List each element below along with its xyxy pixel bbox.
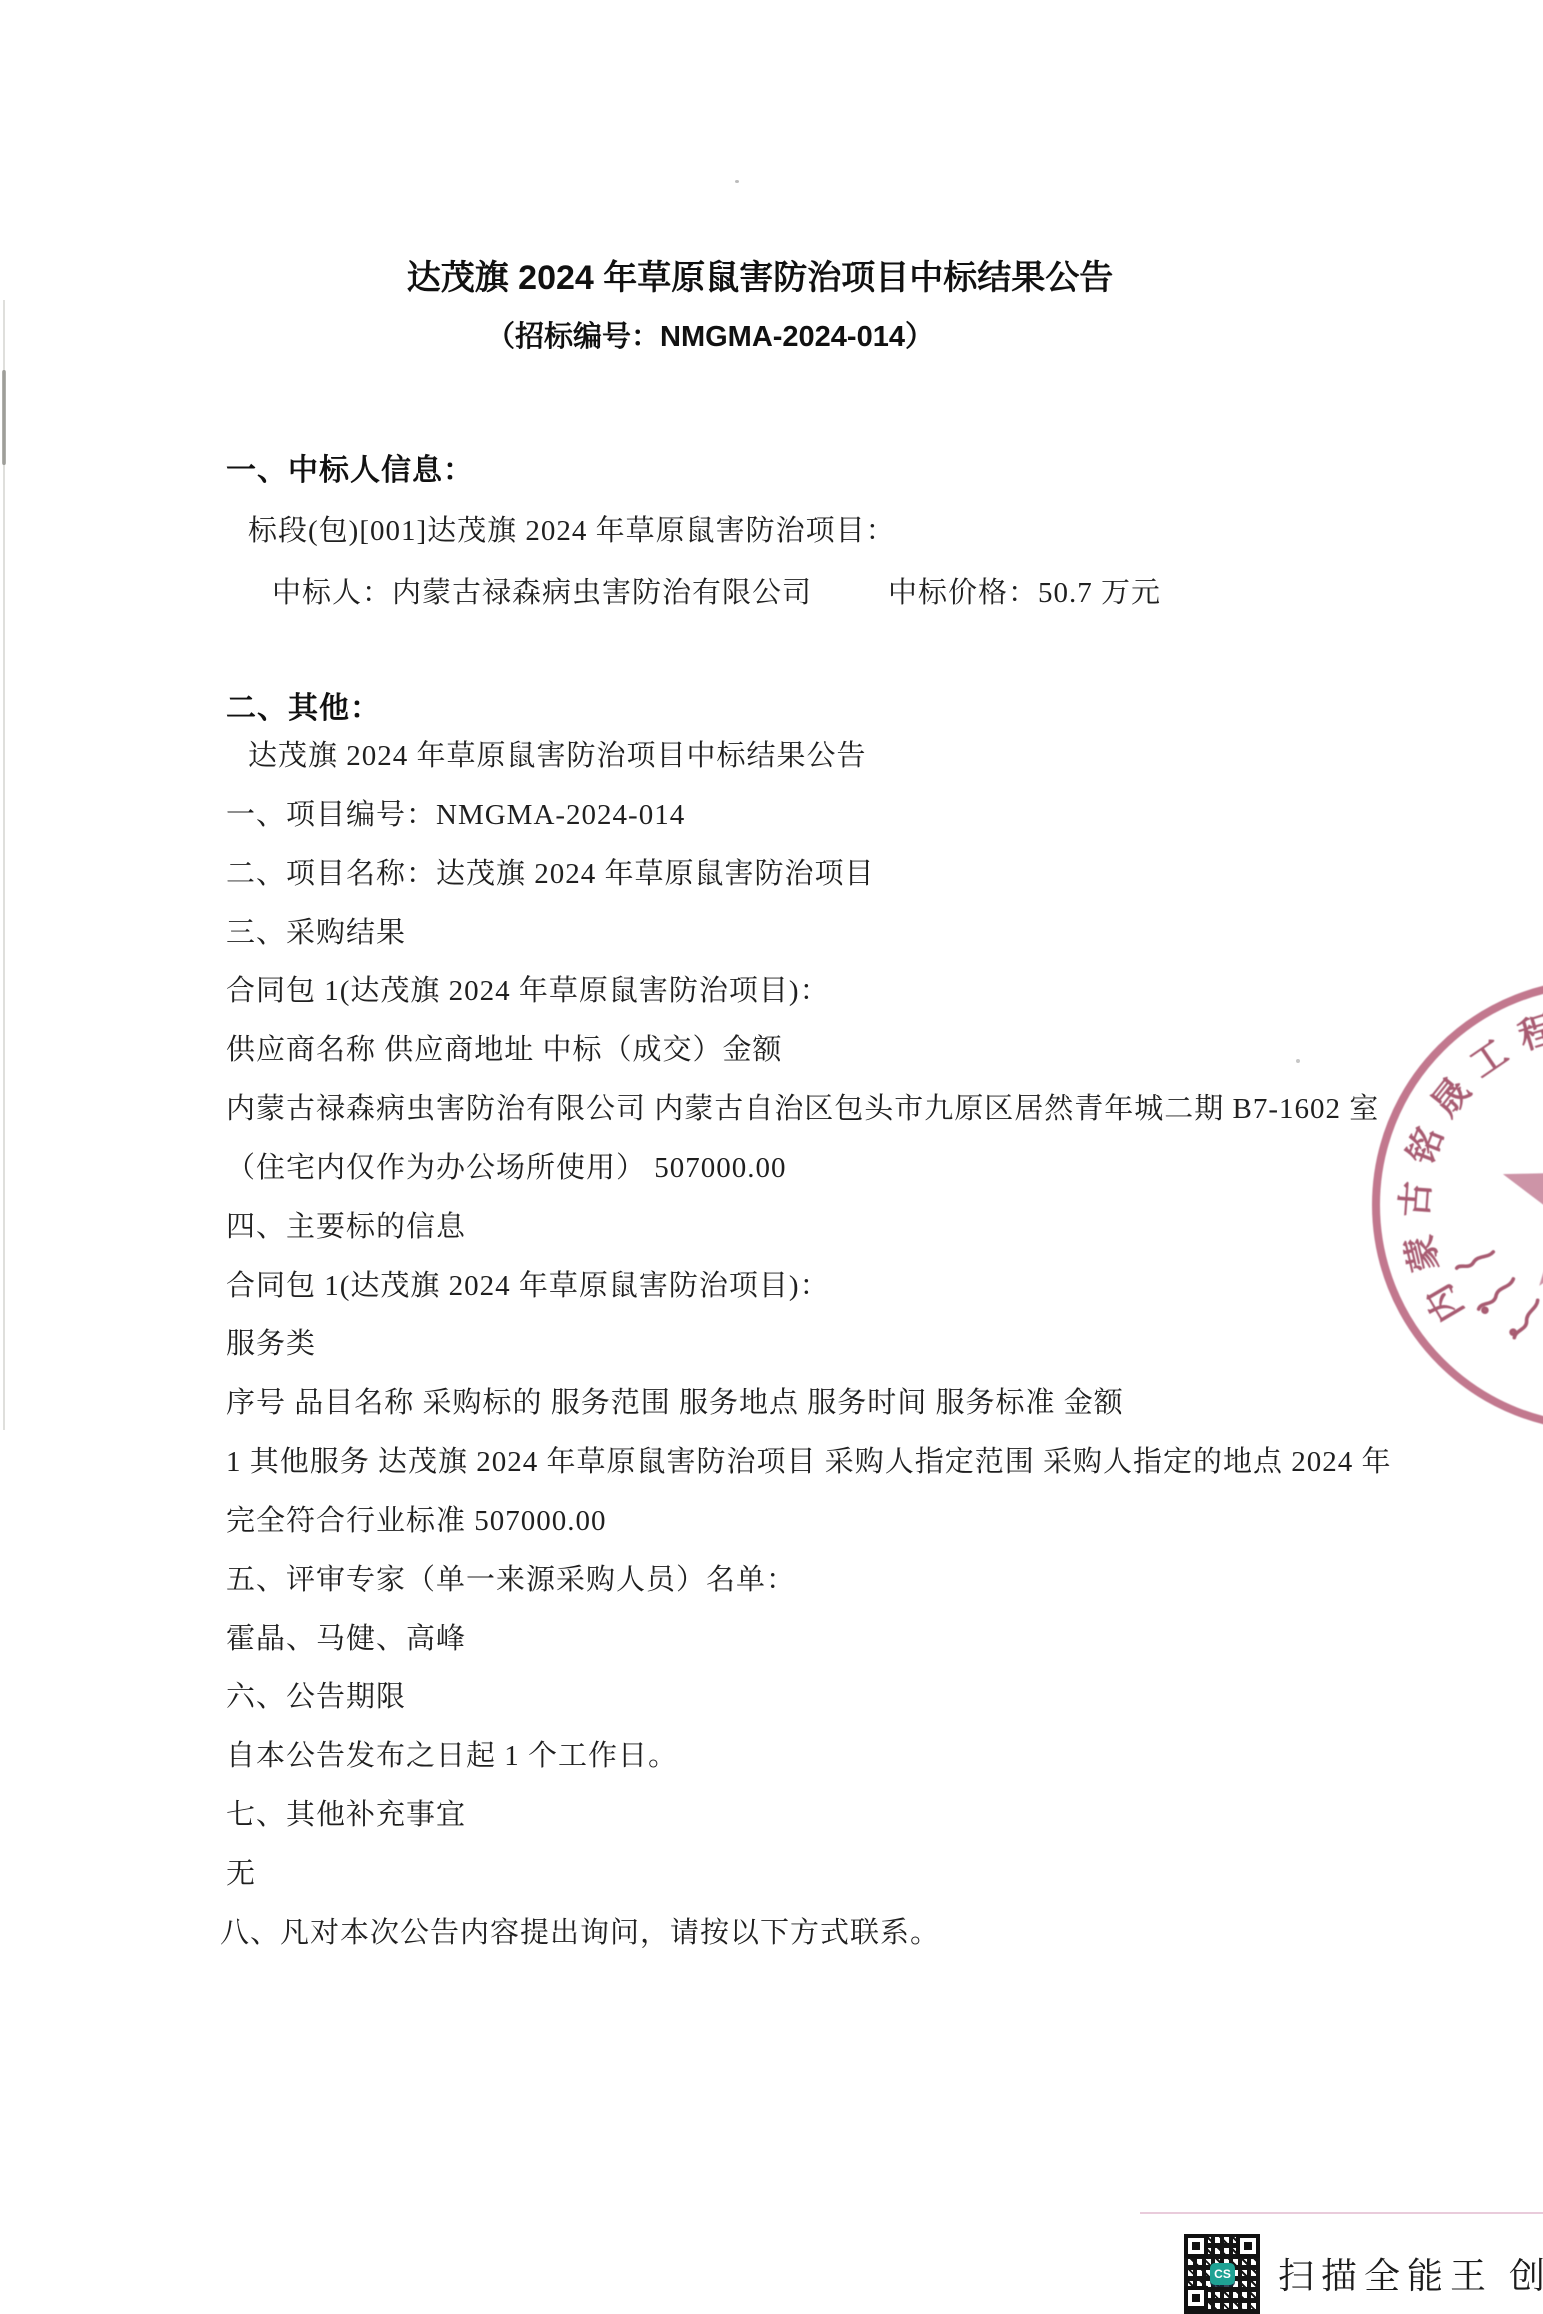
body-line: 一、项目编号：NMGMA-2024-014 — [226, 794, 685, 836]
body-line: 霍晶、马健、高峰 — [226, 1618, 466, 1660]
body-line: 合同包 1(达茂旗 2024 年草原鼠害防治项目)： — [226, 1265, 830, 1307]
svg-text:内蒙古铭晟工程项目管理有限公司: 内蒙古铭晟工程项目管理有限公司 — [1395, 1003, 1543, 1329]
price-line: 中标价格：50.7 万元 — [888, 572, 1161, 614]
qr-code: CS — [1184, 2234, 1260, 2314]
body-line: 六、公告期限 — [226, 1676, 406, 1718]
body-line: 七、其他补充事宜 — [226, 1794, 466, 1836]
body-line: 二、项目名称：达茂旗 2024 年草原鼠害防治项目 — [226, 853, 875, 895]
company-seal-stamp: 内蒙古铭晟工程项目管理有限公司 — [1368, 975, 1543, 1435]
seal-star — [1503, 1105, 1543, 1286]
section1-heading: 一、中标人信息： — [226, 450, 474, 492]
body-line: 供应商名称 供应商地址 中标（成交）金额 — [226, 1029, 783, 1071]
scan-artifact-smudge — [2, 370, 6, 465]
qr-finder-icon — [1184, 2234, 1208, 2258]
body-line: 达茂旗 2024 年草原鼠害防治项目中标结果公告 — [248, 735, 867, 777]
scanner-divider-line — [1140, 2212, 1543, 2214]
body-line: 1 其他服务 达茂旗 2024 年草原鼠害防治项目 采购人指定范围 采购人指定的… — [226, 1441, 1392, 1483]
body-line: 八、凡对本次公告内容提出询问，请按以下方式联系。 — [220, 1912, 940, 1954]
body-line: （住宅内仅作为办公场所使用） 507000.00 — [226, 1147, 787, 1189]
body-line: 三、采购结果 — [226, 912, 406, 954]
body-line: 内蒙古禄森病虫害防治有限公司 内蒙古自治区包头市九原区居然青年城二期 B7-16… — [226, 1088, 1379, 1130]
body-line: 服务类 — [226, 1323, 316, 1365]
body-line: 无 — [226, 1853, 256, 1895]
scanner-watermark-text: 扫描全能王 创建 — [1278, 2248, 1543, 2299]
scan-artifact-speck — [735, 180, 739, 183]
document-title: 达茂旗 2024 年草原鼠害防治项目中标结果公告 — [0, 250, 1520, 299]
body-line: 五、评审专家（单一来源采购人员）名单： — [226, 1559, 796, 1601]
body-line: 序号 品目名称 采购标的 服务范围 服务地点 服务时间 服务标准 金额 — [226, 1382, 1124, 1424]
body-line: 四、主要标的信息 — [226, 1206, 466, 1248]
seal-ring-text: 内蒙古铭晟工程项目管理有限公司 — [1395, 1003, 1543, 1329]
body-line: 自本公告发布之日起 1 个工作日。 — [226, 1735, 678, 1777]
camscanner-logo-icon: CS — [1210, 2263, 1235, 2285]
section2-heading: 二、其他： — [226, 688, 381, 730]
scan-artifact-speck — [1296, 1059, 1300, 1063]
document-subtitle: （招标编号：NMGMA-2024-014） — [0, 314, 1420, 355]
scan-artifact-edge — [3, 300, 5, 1430]
body-line: 合同包 1(达茂旗 2024 年草原鼠害防治项目)： — [226, 970, 830, 1012]
winner-line: 中标人：内蒙古禄森病虫害防治有限公司 — [272, 572, 812, 614]
lot-line: 标段(包)[001]达茂旗 2024 年草原鼠害防治项目： — [248, 510, 896, 552]
qr-finder-icon — [1184, 2286, 1208, 2310]
qr-finder-icon — [1236, 2234, 1260, 2258]
scanned-document-page: 达茂旗 2024 年草原鼠害防治项目中标结果公告 （招标编号：NMGMA-202… — [0, 0, 1543, 2314]
body-line: 完全符合行业标准 507000.00 — [226, 1500, 607, 1542]
